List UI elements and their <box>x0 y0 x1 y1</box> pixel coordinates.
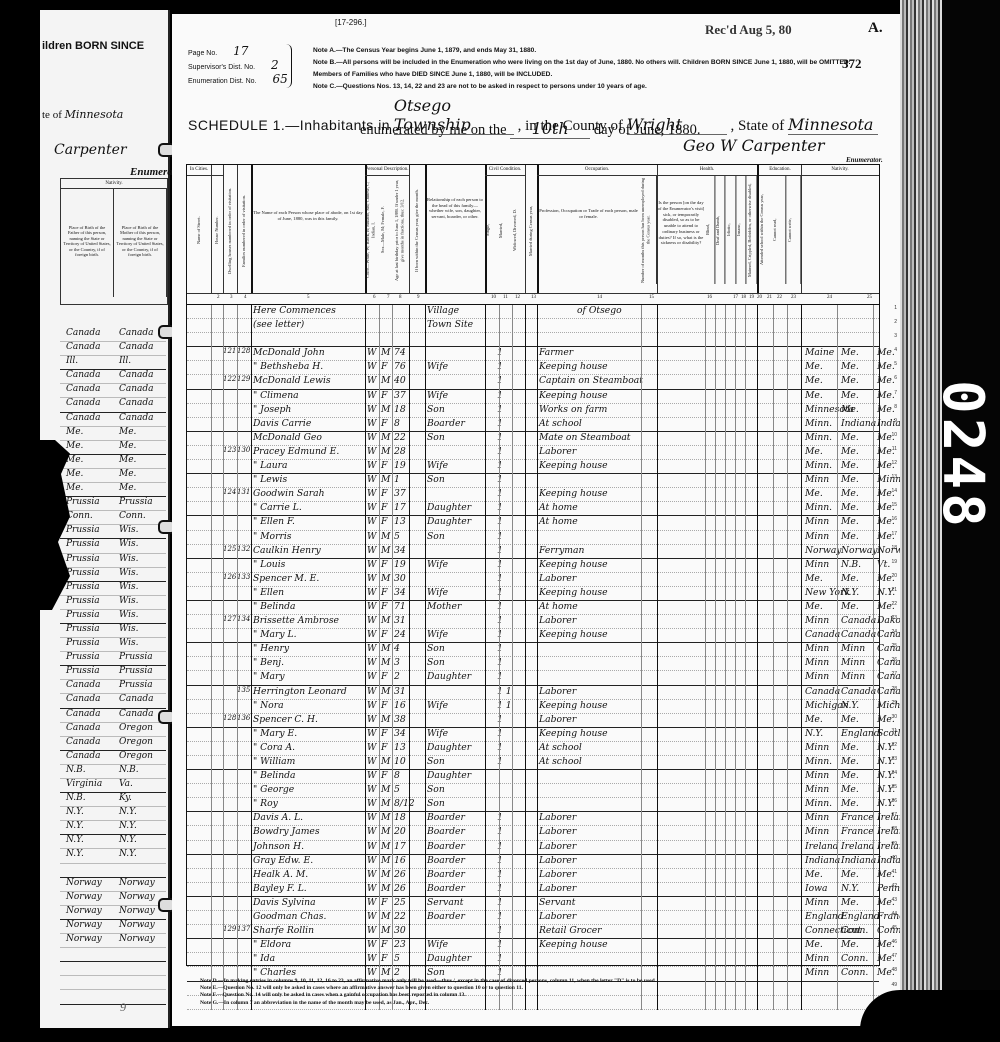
left-page-row: NorwayNorway <box>60 906 166 920</box>
sex-value: M <box>381 657 390 668</box>
line-number: 46 <box>891 939 897 945</box>
sex-value: M <box>381 545 390 556</box>
enumerated-line: enumerated by me on the 10th day of June… <box>360 119 701 139</box>
mother-birthplace: Canada <box>113 398 166 411</box>
line-number: 49 <box>891 982 897 988</box>
color-value: W <box>367 728 376 739</box>
table-row: Davis CarrieWF8Boarder1At schoolMinn.Ind… <box>187 418 879 432</box>
father-birthplace <box>60 990 113 1003</box>
left-page-row: CanadaCanada <box>60 328 166 342</box>
person-name: Bowdry James <box>253 826 320 837</box>
table-row: Here CommencesVillageof Otsego1 <box>187 305 879 319</box>
person-name: " Louis <box>253 559 285 570</box>
occupation-value: At home <box>539 502 578 513</box>
father-birthplace-value: Me. <box>841 869 859 880</box>
color-value: W <box>367 375 376 386</box>
birthplace-value: Minn <box>805 671 829 682</box>
column-number: 22 <box>777 295 782 300</box>
column-rule <box>787 305 788 1010</box>
left-page-row: CanadaOregon <box>60 723 166 737</box>
age-value: 19 <box>394 559 406 570</box>
col-header-education: Education. Attended school within the Ce… <box>759 165 802 293</box>
dwelling-number: 122 <box>223 375 236 383</box>
line-number: 31 <box>891 728 897 734</box>
column-number: 4 <box>244 295 247 300</box>
family-number: 137 <box>237 925 250 933</box>
line-number: 45 <box>891 925 897 931</box>
column-number: 9 <box>417 295 420 300</box>
sex-value: M <box>381 855 390 866</box>
line-number: 38 <box>891 826 897 832</box>
color-value: W <box>367 418 376 429</box>
person-name: " Bethsheba H. <box>253 361 323 372</box>
col-header-dwelling: Dwelling houses numbered in order of vis… <box>223 165 238 293</box>
left-page-row: N.Y.N.Y. <box>60 849 166 863</box>
left-page-row: PrussiaPrussia <box>60 652 166 666</box>
left-page-row: PrussiaWis. <box>60 610 166 624</box>
age-value: 37 <box>394 390 406 401</box>
sex-value: M <box>381 869 390 880</box>
father-birthplace: Prussia <box>60 638 113 651</box>
left-page-row: CanadaCanada <box>60 413 166 427</box>
left-page-row <box>60 948 166 962</box>
mother-birthplace: Me. <box>113 469 166 482</box>
age-value: 26 <box>394 869 406 880</box>
left-page-row <box>60 976 166 990</box>
mother-birthplace <box>113 962 166 975</box>
table-row: (see letter)Town Site2 <box>187 319 879 333</box>
occupation-value: Keeping house <box>539 559 608 570</box>
left-page-row: Me.Me. <box>60 455 166 469</box>
occupation-value: Mate on Steamboat <box>539 432 631 443</box>
dwelling-number: 128 <box>223 714 236 722</box>
person-name: Spencer M. E. <box>253 573 319 584</box>
table-row: Healk A. M.WM26Boarder1LaborerMe.Me.Me.4… <box>187 869 879 883</box>
birthplace-value: Minn <box>805 615 829 626</box>
left-page-row: Me.Me. <box>60 469 166 483</box>
father-birthplace-value: Minn <box>841 671 865 682</box>
family-number: 130 <box>237 446 250 454</box>
line-number: 25 <box>891 643 897 649</box>
age-value: 34 <box>394 545 406 556</box>
mother-birthplace: Norway <box>113 934 166 947</box>
relationship-value: Servant <box>427 897 463 908</box>
father-birthplace-value: Me. <box>841 714 859 725</box>
father-birthplace-value: Me. <box>841 601 859 612</box>
color-value: W <box>367 967 376 978</box>
column-rule <box>745 305 746 1010</box>
occupation-value: Laborer <box>539 615 576 626</box>
mother-birthplace: Canada <box>113 370 166 383</box>
occupation-value: Laborer <box>539 573 576 584</box>
note-f: Note F.—Question No. 14 will only be ask… <box>200 992 760 999</box>
column-number: 6 <box>373 295 376 300</box>
column-rule <box>705 305 706 1010</box>
sex-value: M <box>381 347 390 358</box>
father-birthplace: Prussia <box>60 624 113 637</box>
color-value: W <box>367 629 376 640</box>
sex-value: F <box>381 728 387 739</box>
relationship-value: Wife <box>427 361 448 372</box>
color-value: W <box>367 502 376 513</box>
left-page-row: PrussiaWis. <box>60 582 166 596</box>
person-name: " Mary L. <box>253 629 297 640</box>
color-value: W <box>367 531 376 542</box>
left-page-born-since: ildren BORN SINCE <box>42 40 144 52</box>
color-value: W <box>367 686 376 697</box>
column-number: 14 <box>597 295 602 300</box>
age-value: 34 <box>394 728 406 739</box>
column-number-row: 2345678910111213141516171819202122232425 <box>187 293 879 305</box>
relationship-value: Wife <box>427 700 448 711</box>
table-row: " EldoraWF23Wife1Keeping houseMe.Me.Me.4… <box>187 939 879 953</box>
sex-value: M <box>381 686 390 697</box>
left-page-row: CanadaPrussia <box>60 680 166 694</box>
note-d: Note D.—In making entries in columns 9, … <box>200 978 760 985</box>
occupation-value: Laborer <box>539 826 576 837</box>
person-name: " Cora A. <box>253 742 295 753</box>
left-page-row: N.Y.N.Y. <box>60 835 166 849</box>
mother-birthplace-value: Vt. <box>877 559 890 570</box>
father-birthplace: Canada <box>60 370 113 383</box>
age-value: 4 <box>394 643 400 654</box>
left-page-row: NorwayNorway <box>60 878 166 892</box>
column-number: 3 <box>230 295 233 300</box>
person-name: " William <box>253 756 295 767</box>
sex-value: M <box>381 826 390 837</box>
father-birthplace-value: Me. <box>841 897 859 908</box>
table-row: 3 <box>187 333 879 347</box>
left-page-col-mother: Place of Birth of the Mother of this per… <box>114 189 167 297</box>
age-value: 37 <box>394 488 406 499</box>
color-value: W <box>367 390 376 401</box>
sex-value: M <box>381 784 390 795</box>
line-number: 42 <box>891 883 897 889</box>
occupation-value: Laborer <box>539 911 576 922</box>
sex-value: F <box>381 897 387 908</box>
dwelling-number: 127 <box>223 615 236 623</box>
birthplace-value: Minn <box>805 967 829 978</box>
age-value: 23 <box>394 939 406 950</box>
father-birthplace-value: Me. <box>841 742 859 753</box>
table-row: " MaryWF2Daughter1MinnMinnCanada27 <box>187 671 879 685</box>
father-birthplace: Prussia <box>60 525 113 538</box>
left-page-row: CanadaCanada <box>60 342 166 356</box>
person-name: " Eldora <box>253 939 291 950</box>
line-number: 34 <box>891 770 897 776</box>
person-name: " Benj. <box>253 657 284 668</box>
mother-birthplace: Wis. <box>113 624 166 637</box>
table-row: " MorrisWM5Son1MinnMe.Me.17 <box>187 531 879 545</box>
locality-note: of Otsego <box>577 305 622 316</box>
occupation-value: Works on farm <box>539 404 607 415</box>
occupation-value: Keeping house <box>539 488 608 499</box>
person-name: Sharfe Rollin <box>253 925 314 936</box>
column-number: 19 <box>749 295 754 300</box>
mother-birthplace: N.Y. <box>113 821 166 834</box>
father-birthplace-value: N.Y. <box>841 587 859 598</box>
father-birthplace-value: Me. <box>841 573 859 584</box>
person-name: " Roy <box>253 798 278 809</box>
relationship-value: Boarder <box>427 883 465 894</box>
note-c: Note C.—Questions Nos. 13, 14, 22 and 23… <box>313 81 873 93</box>
birthplace-value: Minn. <box>805 418 832 429</box>
left-page-footer-number: 9 <box>120 1000 126 1015</box>
left-page-row: N.B.Ky. <box>60 793 166 807</box>
father-birthplace: Prussia <box>60 554 113 567</box>
father-birthplace: Canada <box>60 751 113 764</box>
person-name: " Climena <box>253 390 299 401</box>
header-brace <box>285 44 292 88</box>
left-page-row: PrussiaWis. <box>60 525 166 539</box>
father-birthplace-value: Me. <box>841 474 859 485</box>
occupation-value: At school <box>539 418 582 429</box>
occupation-value: Laborer <box>539 841 576 852</box>
birthplace-value: Me. <box>805 714 823 725</box>
father-birthplace: Canada <box>60 723 113 736</box>
father-birthplace: Prussia <box>60 582 113 595</box>
mother-birthplace: Wis. <box>113 596 166 609</box>
table-row: " JosephWM18Son1Works on farmMinnesotaMe… <box>187 404 879 418</box>
mother-birthplace: Canada <box>113 413 166 426</box>
occupation-value: At school <box>539 756 582 767</box>
line-number: 33 <box>891 756 897 762</box>
person-name: Gray Edw. E. <box>253 855 313 866</box>
father-birthplace-value: Me. <box>841 390 859 401</box>
family-number: 134 <box>237 615 250 623</box>
age-value: 5 <box>394 953 400 964</box>
person-name: Bayley F. L. <box>253 883 307 894</box>
column-rule <box>715 305 716 1010</box>
column-number: 24 <box>827 295 832 300</box>
left-page-row: PrussiaWis. <box>60 554 166 568</box>
person-name: " Charles <box>253 967 296 978</box>
person-name: " Lewis <box>253 474 287 485</box>
father-birthplace-value: Me. <box>841 446 859 457</box>
line-number: 6 <box>894 375 897 381</box>
age-value: 30 <box>394 925 406 936</box>
sex-value: M <box>381 615 390 626</box>
color-value: W <box>367 404 376 415</box>
color-value: W <box>367 897 376 908</box>
color-value: W <box>367 798 376 809</box>
column-rule <box>223 305 224 1010</box>
color-value: W <box>367 545 376 556</box>
age-value: 74 <box>394 347 406 358</box>
left-page-state-line: te of Minnesota <box>42 108 123 121</box>
age-value: 19 <box>394 460 406 471</box>
column-number: 23 <box>791 295 796 300</box>
mother-birthplace: Me. <box>113 427 166 440</box>
occupation-value: Keeping house <box>539 728 608 739</box>
father-birthplace-value: Me. <box>841 347 859 358</box>
birthplace-value: Minn <box>805 953 829 964</box>
table-row: " LouisWF19Wife1Keeping houseMinnN.B.Vt.… <box>187 559 879 573</box>
relationship-value: Daughter <box>427 742 471 753</box>
person-name: " Ida <box>253 953 275 964</box>
dwelling-number: 123 <box>223 446 236 454</box>
age-value: 76 <box>394 361 406 372</box>
mother-birthplace-value: Me. <box>877 347 895 358</box>
line-number: 28 <box>891 686 897 692</box>
left-page-row: NorwayNorway <box>60 934 166 948</box>
mother-birthplace: Canada <box>113 384 166 397</box>
color-value: W <box>367 714 376 725</box>
father-birthplace: Canada <box>60 398 113 411</box>
column-number: 13 <box>531 295 536 300</box>
census-table: In Cities.Name of Street. House Number. … <box>186 164 880 966</box>
father-birthplace: Prussia <box>60 539 113 552</box>
mother-birthplace: Wis. <box>113 582 166 595</box>
color-value: W <box>367 939 376 950</box>
person-name: McDonald Lewis <box>253 375 331 386</box>
father-birthplace-value: Me. <box>841 784 859 795</box>
left-page-row: Me.Me. <box>60 427 166 441</box>
birthplace-value: Me. <box>805 869 823 880</box>
father-birthplace-value: Me. <box>841 361 859 372</box>
column-rule <box>251 305 252 1010</box>
color-value: W <box>367 615 376 626</box>
column-rule <box>512 305 513 1010</box>
left-page-row: CanadaCanada <box>60 709 166 723</box>
father-birthplace-value: Conn. <box>841 953 868 964</box>
family-number: 133 <box>237 573 250 581</box>
birthplace-value: Me. <box>805 601 823 612</box>
mother-birthplace: Wis. <box>113 568 166 581</box>
sex-value: M <box>381 531 390 542</box>
left-page-col-father: Place of Birth of the Father of this per… <box>61 189 114 297</box>
mother-birthplace: Me. <box>113 483 166 496</box>
relationship-value: Wife <box>427 728 448 739</box>
birthplace-value: Indiana <box>805 855 840 866</box>
birthplace-value: Maine <box>805 347 834 358</box>
col-header-personal: Personal Description. Color—White, W; Bl… <box>365 165 410 293</box>
color-value: W <box>367 347 376 358</box>
occupation-value: Keeping house <box>539 390 608 401</box>
father-birthplace: Norway <box>60 892 113 905</box>
color-value: W <box>367 601 376 612</box>
father-birthplace-value: Me. <box>841 460 859 471</box>
left-page-rows: CanadaCanadaCanadaCanadaIll.Ill.CanadaCa… <box>60 328 166 1005</box>
color-value: W <box>367 742 376 753</box>
occupation-value: Laborer <box>539 446 576 457</box>
relationship-value: Son <box>427 657 445 668</box>
father-birthplace-value: France <box>841 826 874 837</box>
mother-birthplace-value: Minn <box>877 474 901 485</box>
occupation-value: Keeping house <box>539 361 608 372</box>
page-no-label: Page No. <box>188 50 217 57</box>
line-number: 8 <box>894 404 897 410</box>
left-page-row <box>60 864 166 878</box>
sheet-letter: A. <box>868 20 883 37</box>
age-value: 17 <box>394 502 406 513</box>
father-birthplace: Canada <box>60 694 113 707</box>
birthplace-value: Minn <box>805 770 829 781</box>
sex-value: M <box>381 883 390 894</box>
left-page-row: NorwayNorway <box>60 892 166 906</box>
age-value: 18 <box>394 404 406 415</box>
table-row: " Benj.WM3Son1MinnMinnCanada26 <box>187 657 879 671</box>
line-number: 36 <box>891 798 897 804</box>
occupation-value: Servant <box>539 897 575 908</box>
col-header-occupation: Occupation. Profession, Occupation or Tr… <box>537 165 658 293</box>
color-value: W <box>367 925 376 936</box>
father-birthplace-value: Indiana <box>841 418 876 429</box>
table-row: " Mary L.WF24Wife1Keeping houseCanadaCan… <box>187 629 879 643</box>
age-value: 16 <box>394 700 406 711</box>
color-value: W <box>367 700 376 711</box>
sex-value: F <box>381 671 387 682</box>
age-value: 8/12 <box>394 798 415 809</box>
table-row: " IdaWF5Daughter1MinnConn.Me.47 <box>187 953 879 967</box>
column-rule <box>379 305 380 1010</box>
father-birthplace-value: Minn <box>841 643 865 654</box>
father-birthplace-value: Canada <box>841 615 876 626</box>
color-value: W <box>367 883 376 894</box>
left-page-row: Conn.Conn. <box>60 511 166 525</box>
column-rule <box>392 305 393 1010</box>
birthplace-value: Me. <box>805 573 823 584</box>
father-birthplace <box>60 976 113 989</box>
line-number: 16 <box>891 516 897 522</box>
col-header-relationship: Relationship of each person to the head … <box>425 165 487 293</box>
line-number: 13 <box>891 474 897 480</box>
color-value: W <box>367 826 376 837</box>
left-page-row: PrussiaPrussia <box>60 666 166 680</box>
person-name: Brissette Ambrose <box>253 615 339 626</box>
age-value: 13 <box>394 516 406 527</box>
father-birthplace: Me. <box>60 469 113 482</box>
note-e: Note E.—Question No. 12 will only be ask… <box>200 985 760 992</box>
supervisor-dist-value: 2 <box>271 58 279 72</box>
father-birthplace: Canada <box>60 328 113 341</box>
relationship-value: Wife <box>427 390 448 401</box>
birthplace-value: Minn <box>805 897 829 908</box>
person-name: " George <box>253 784 294 795</box>
occupation-value: Keeping house <box>539 460 608 471</box>
sex-value: F <box>381 953 387 964</box>
mother-birthplace: Va. <box>113 779 166 792</box>
occupation-value: Farmer <box>539 347 573 358</box>
birthplace-value: Minn <box>805 643 829 654</box>
note-a: Note A.—The Census Year begins June 1, 1… <box>313 45 873 57</box>
occupation-value: Laborer <box>539 855 576 866</box>
person-name: (see letter) <box>253 319 304 330</box>
sex-value: F <box>381 361 387 372</box>
table-row: " RoyWM8/12SonMinn.Me.N.Y.36 <box>187 798 879 812</box>
col-header-civil: Civil Condition. Single, Married, Widowe… <box>485 165 526 293</box>
father-birthplace-value: Canada <box>841 629 876 640</box>
father-birthplace: Norway <box>60 920 113 933</box>
birthplace-value: N.Y. <box>805 728 823 739</box>
sex-value: M <box>381 911 390 922</box>
mother-birthplace-value: Me. <box>877 390 895 401</box>
color-value: W <box>367 587 376 598</box>
birthplace-value: Me. <box>805 390 823 401</box>
line-number: 37 <box>891 812 897 818</box>
col-header-street: In Cities.Name of Street. <box>187 165 212 293</box>
table-row: " Mary E.WF34Wife1Keeping houseN.Y.Engla… <box>187 728 879 742</box>
father-birthplace-value: Indiana <box>841 855 876 866</box>
left-page-row: PrussiaWis. <box>60 624 166 638</box>
father-birthplace-value: Me. <box>841 488 859 499</box>
person-name: Here Commences <box>253 305 336 316</box>
father-birthplace-value: Me. <box>841 375 859 386</box>
color-value: W <box>367 474 376 485</box>
birthplace-value: Canada <box>805 686 840 697</box>
sex-value: F <box>381 742 387 753</box>
family-number: 131 <box>237 488 250 496</box>
